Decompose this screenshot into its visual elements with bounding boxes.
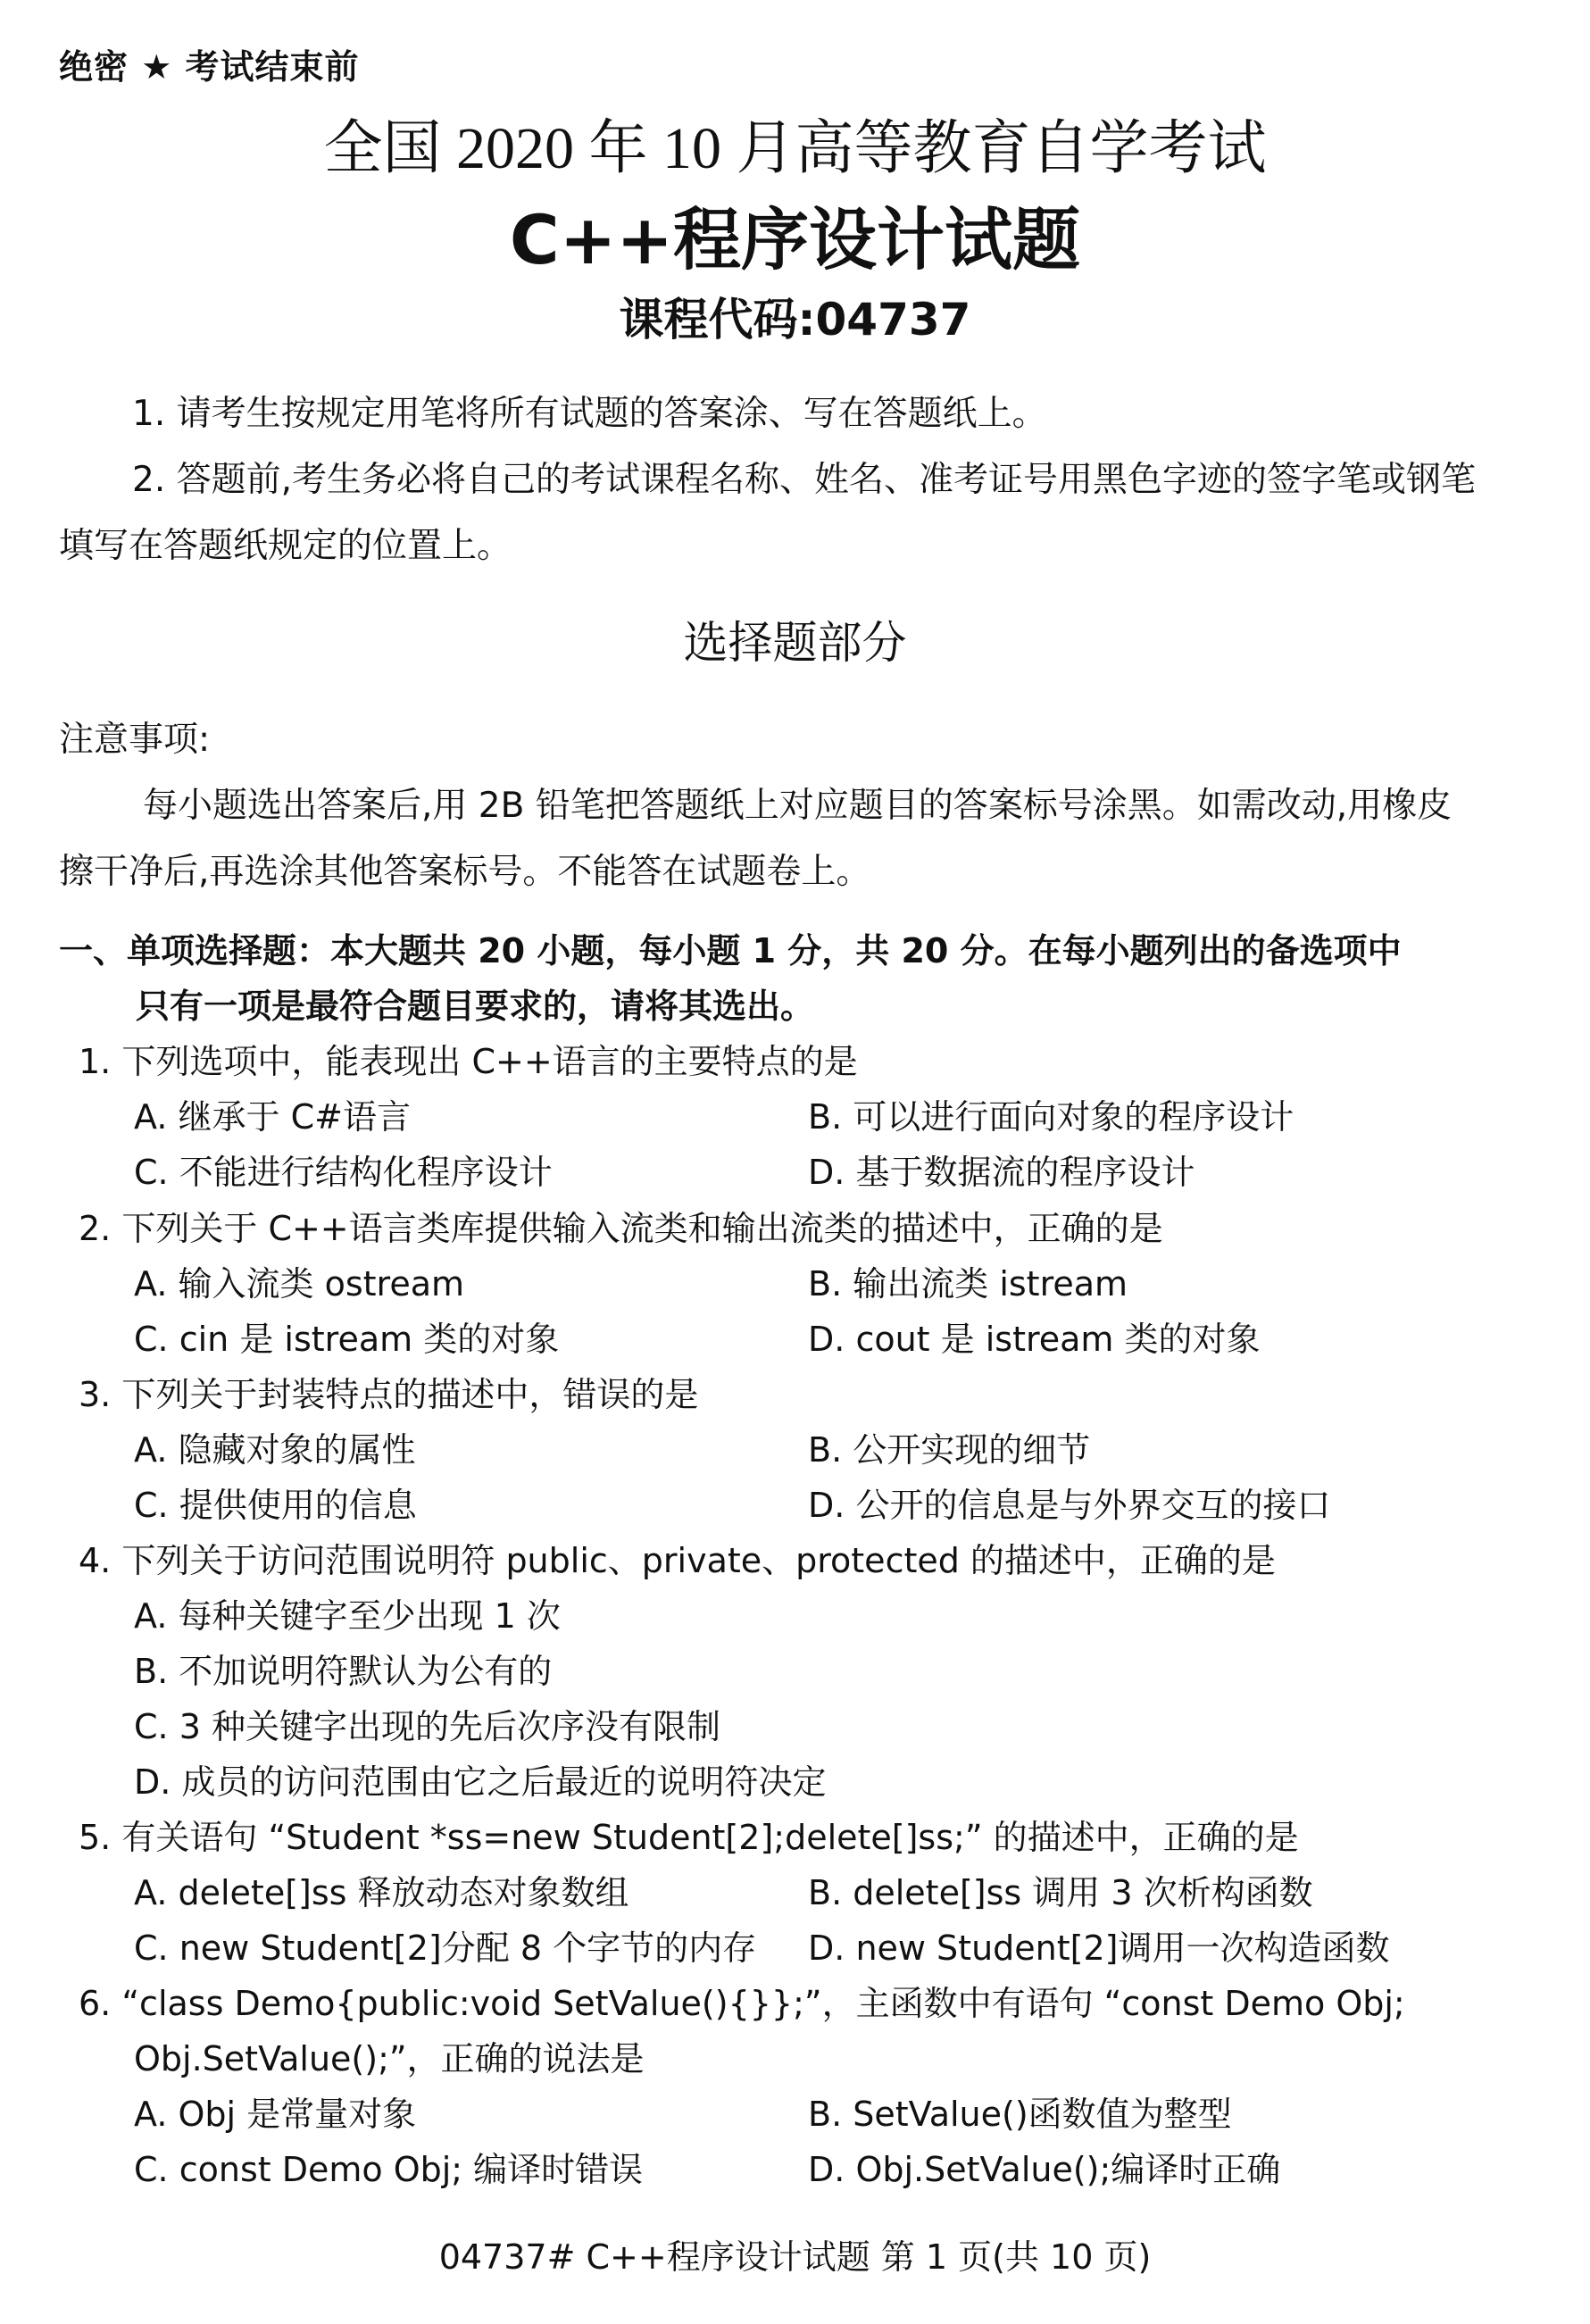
option-label: C. [134,2150,169,2189]
option-text: 继承于 C#语言 [179,1097,411,1137]
question-stem: 有关语句 “Student *ss=new Student[2];delete[… [121,1818,1298,1857]
question-number: 1. [79,1042,111,1081]
option-label: C. [134,1486,169,1525]
option-text: const Demo Obj; 编译时错误 [179,2150,643,2189]
question-5: 5. 有关语句 “Student *ss=new Student[2];dele… [79,1810,1299,1859]
option-2d: D. cout 是 istream 类的对象 [808,1312,1261,1361]
option-label: C. [134,1928,169,1968]
option-label: B. [134,1652,168,1691]
option-label: A. [134,2095,167,2134]
option-text: 基于数据流的程序设计 [855,1153,1195,1192]
option-6d: D. Obj.SetValue();编译时正确 [808,2142,1280,2191]
option-label: D. [808,2150,845,2189]
course-code: 课程代码:04737 [0,284,1590,348]
option-text: 可以进行面向对象的程序设计 [853,1097,1294,1137]
instruction-2: 2. 答题前,考生务必将自己的考试课程名称、姓名、准考证号用黑色字迹的签字笔或钢… [132,452,1476,502]
option-text: SetValue()函数值为整型 [853,2095,1231,2134]
option-label: A. [134,1097,167,1137]
option-label: C. [134,1153,169,1192]
question-stem: 下列选项中，能表现出 C++语言的主要特点的是 [121,1042,857,1081]
option-label: B. [808,1097,842,1137]
option-text: delete[]ss 调用 3 次析构函数 [853,1873,1312,1912]
option-5b: B. delete[]ss 调用 3 次析构函数 [808,1865,1313,1914]
question-stem: 下列关于封装特点的描述中，错误的是 [121,1375,698,1414]
option-text: 隐藏对象的属性 [179,1430,416,1470]
option-2b: B. 输出流类 istream [808,1256,1128,1305]
option-label: D. [808,1320,845,1359]
option-6b: B. SetValue()函数值为整型 [808,2087,1232,2136]
option-text: 输出流类 istream [853,1264,1128,1304]
option-label: D. [808,1486,845,1525]
option-4b: B. 不加说明符默认为公有的 [134,1644,552,1693]
instruction-1: 1. 请考生按规定用笔将所有试题的答案涂、写在答题纸上。 [132,386,1047,436]
page-footer: 04737# C++程序设计试题 第 1 页(共 10 页) [0,2229,1590,2278]
option-label: B. [808,1430,842,1470]
option-text: delete[]ss 释放动态对象数组 [179,1873,629,1912]
option-text: new Student[2]调用一次构造函数 [855,1928,1389,1968]
option-label: D. [808,1928,845,1968]
confidential-label: 绝密 ★ 考试结束前 [59,39,360,88]
option-text: 每种关键字至少出现 1 次 [179,1596,561,1636]
option-label: A. [134,1264,167,1304]
option-3b: B. 公开实现的细节 [808,1422,1090,1471]
option-label: A. [134,1430,167,1470]
option-text: 输入流类 ostream [179,1264,465,1304]
question-number: 4. [79,1541,111,1580]
question-3: 3. 下列关于封装特点的描述中，错误的是 [79,1367,698,1416]
question-2: 2. 下列关于 C++语言类库提供输入流类和输出流类的描述中，正确的是 [79,1201,1163,1250]
instruction-2-cont: 填写在答题纸规定的位置上。 [59,518,512,568]
question-number: 2. [79,1209,111,1248]
option-label: A. [134,1873,167,1912]
question-number: 3. [79,1375,111,1414]
option-text: 不能进行结构化程序设计 [179,1153,553,1192]
question-number: 6. [79,1984,111,2023]
option-text: Obj.SetValue();编译时正确 [855,2150,1280,2189]
option-label: B. [808,1873,842,1912]
option-5c: C. new Student[2]分配 8 个字节的内存 [134,1920,756,1970]
section-title: 选择题部分 [0,607,1590,671]
option-text: cin 是 istream 类的对象 [179,1320,560,1359]
option-label: C. [134,1707,169,1746]
question-1: 1. 下列选项中，能表现出 C++语言的主要特点的是 [79,1034,858,1083]
option-text: 3 种关键字出现的先后次序没有限制 [179,1707,720,1746]
option-label: B. [808,1264,842,1304]
option-text: 提供使用的信息 [179,1486,417,1525]
part-heading-cont: 只有一项是最符合题目要求的，请将其选出。 [136,979,814,1028]
option-2a: A. 输入流类 ostream [134,1256,464,1305]
option-text: Obj 是常量对象 [179,2095,417,2134]
option-3a: A. 隐藏对象的属性 [134,1422,416,1471]
option-1c: C. 不能进行结构化程序设计 [134,1145,553,1194]
option-text: new Student[2]分配 8 个字节的内存 [179,1928,756,1968]
option-text: 公开实现的细节 [853,1430,1090,1470]
option-text: 公开的信息是与外界交互的接口 [855,1486,1330,1525]
option-label: C. [134,1320,169,1359]
option-label: B. [808,2095,842,2134]
option-2c: C. cin 是 istream 类的对象 [134,1312,559,1361]
notice-line-1: 每小题选出答案后,用 2B 铅笔把答题纸上对应题目的答案标号涂黑。如需改动,用橡… [143,778,1452,828]
question-stem: “class Demo{public:void SetValue(){}};”，… [121,1984,1404,2023]
option-label: A. [134,1596,167,1636]
question-number: 5. [79,1818,111,1857]
option-label: D. [808,1153,845,1192]
option-text: 成员的访问范围由它之后最近的说明符决定 [181,1762,826,1802]
question-stem: 下列关于 C++语言类库提供输入流类和输出流类的描述中，正确的是 [121,1209,1162,1248]
notice-label: 注意事项: [59,712,210,762]
part-heading: 一、单项选择题：本大题共 20 小题，每小题 1 分，共 20 分。在每小题列出… [59,923,1402,972]
option-4d: D. 成员的访问范围由它之后最近的说明符决定 [134,1754,826,1803]
option-5d: D. new Student[2]调用一次构造函数 [808,1920,1389,1970]
option-text: cout 是 istream 类的对象 [855,1320,1260,1359]
exam-title: 全国 2020 年 10 月高等教育自学考试 [0,100,1590,185]
option-6c: C. const Demo Obj; 编译时错误 [134,2142,643,2191]
option-1b: B. 可以进行面向对象的程序设计 [808,1089,1294,1138]
question-stem: 下列关于访问范围说明符 public、private、protected 的描述… [121,1541,1276,1580]
option-3d: D. 公开的信息是与外界交互的接口 [808,1478,1330,1527]
notice-line-2: 擦干净后,再选涂其他答案标号。不能答在试题卷上。 [59,844,870,894]
option-4c: C. 3 种关键字出现的先后次序没有限制 [134,1699,720,1748]
option-5a: A. delete[]ss 释放动态对象数组 [134,1865,629,1914]
option-1a: A. 继承于 C#语言 [134,1089,411,1138]
question-4: 4. 下列关于访问范围说明符 public、private、protected … [79,1533,1276,1582]
option-4a: A. 每种关键字至少出现 1 次 [134,1588,561,1637]
option-3c: C. 提供使用的信息 [134,1478,417,1527]
option-label: D. [134,1762,171,1802]
option-text: 不加说明符默认为公有的 [179,1652,552,1691]
question-6: 6. “class Demo{public:void SetValue(){}}… [79,1976,1405,2025]
option-1d: D. 基于数据流的程序设计 [808,1145,1195,1194]
option-6a: A. Obj 是常量对象 [134,2087,416,2136]
question-6-cont: Obj.SetValue();”，正确的说法是 [134,2031,645,2080]
subject-title: C++程序设计试题 [0,186,1590,283]
